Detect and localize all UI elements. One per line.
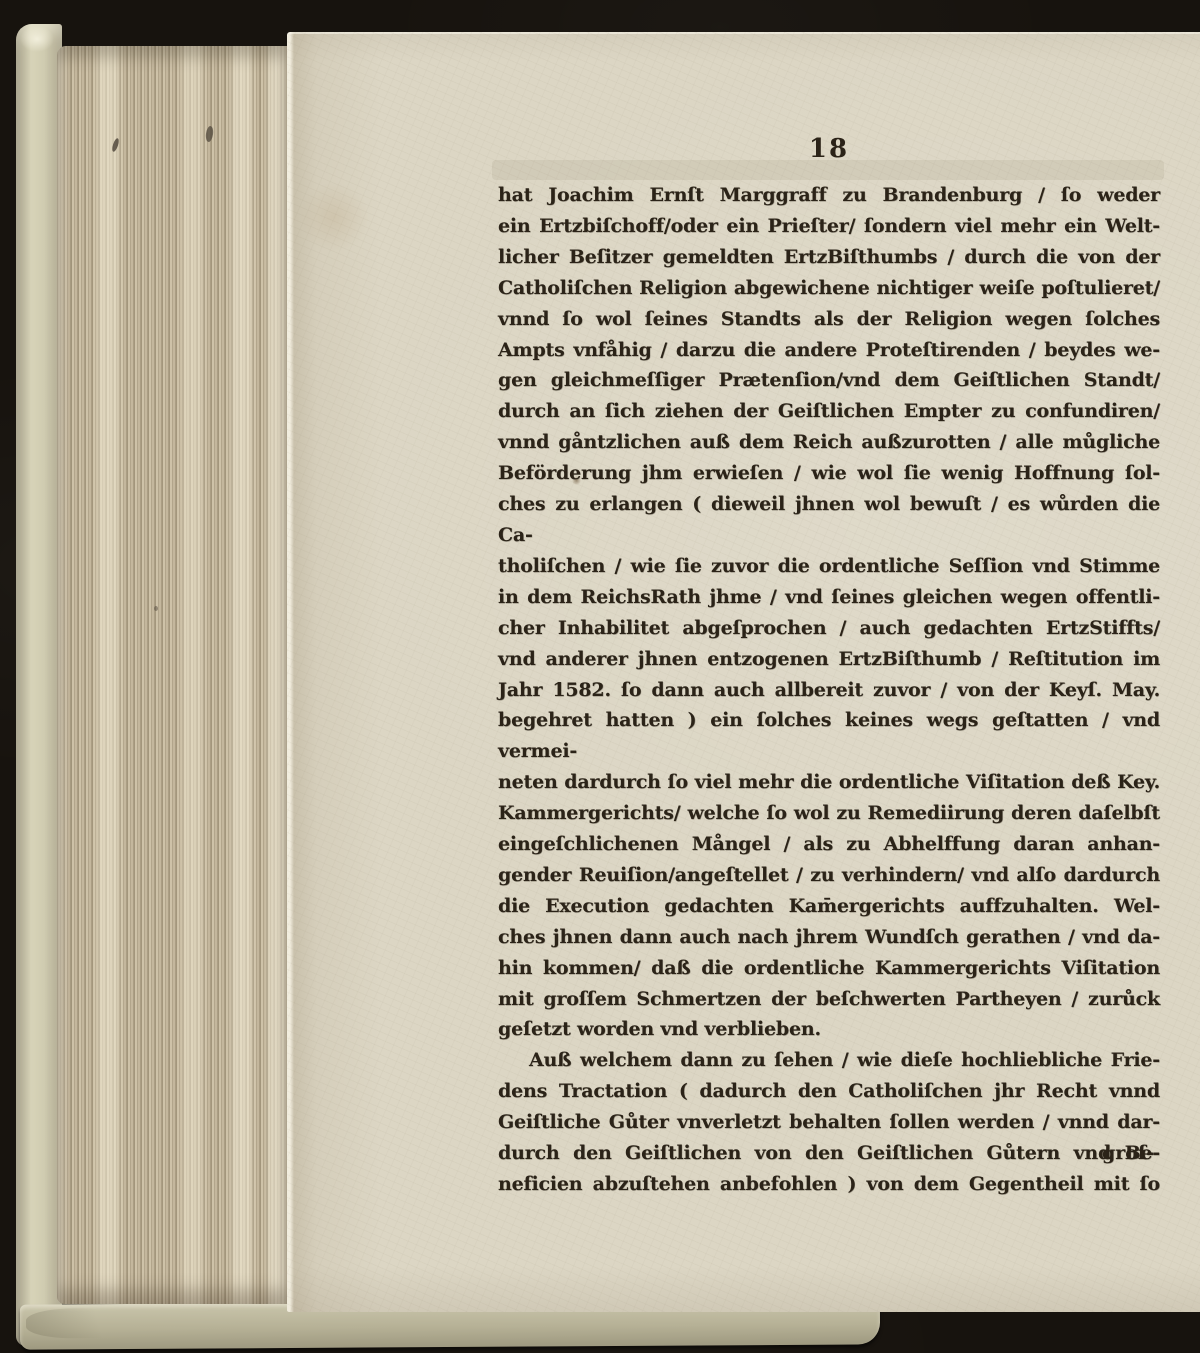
text-line: vnnd gåntzlichen auß dem Reich außzurott… bbox=[498, 427, 1160, 458]
ink-speck bbox=[205, 126, 214, 143]
text-line: dens Tractation ( dadurch den Catholiſch… bbox=[498, 1076, 1160, 1107]
catchword: groſ- bbox=[498, 1138, 1154, 1169]
text-line: Geiſtliche Gůter vnverletzt behalten ſol… bbox=[498, 1107, 1160, 1138]
text-line: ein Ertzbiſchoff/oder ein Prieſter/ ſond… bbox=[498, 211, 1160, 242]
book-page: 18 hat Joachim Ernſt Marggraff zu Brande… bbox=[287, 32, 1200, 1312]
text-line: tholiſchen / wie ſie zuvor die ordentlic… bbox=[498, 551, 1160, 582]
text-line: hat Joachim Ernſt Marggraff zu Brandenbu… bbox=[498, 180, 1160, 211]
text-line: begehret hatten ) ein ſolches keines weg… bbox=[498, 705, 1160, 767]
text-line: Beförderung jhm erwieſen / wie wol ſie w… bbox=[498, 458, 1160, 489]
text-line: gen gleichmeſſiger Prætenſion/vnd dem Ge… bbox=[498, 365, 1160, 396]
text-line: Auß welchem dann zu ſehen / wie dieſe ho… bbox=[498, 1045, 1160, 1076]
text-line: mit groſſem Schmertzen der beſchwerten P… bbox=[498, 984, 1160, 1015]
text-line: Catholiſchen Religion abgewichene nichti… bbox=[498, 273, 1160, 304]
text-line: cher Inhabilitet abgeſprochen / auch ged… bbox=[498, 613, 1160, 644]
text-line: gender Reuiſion/angeſtellet / zu verhind… bbox=[498, 860, 1160, 891]
page-block-fore-edge bbox=[57, 46, 287, 1304]
text-line: neten dardurch ſo viel mehr die ordentli… bbox=[498, 767, 1160, 798]
text-line: ches jhnen dann auch nach jhrem Wundſch … bbox=[498, 922, 1160, 953]
vellum-cover-edge bbox=[16, 24, 62, 1346]
text-line: ches zu erlangen ( dieweil jhnen wol bew… bbox=[498, 489, 1160, 551]
text-line: neficien abzuſtehen anbefohlen ) von dem… bbox=[498, 1169, 1160, 1200]
ink-speck bbox=[111, 138, 120, 153]
paper-stain bbox=[299, 182, 369, 252]
text-line: Jahr 1582. ſo dann auch allbereit zuvor … bbox=[498, 675, 1160, 706]
text-line: in dem ReichsRath jhme / vnd ſeines glei… bbox=[498, 582, 1160, 613]
scanned-book-photograph: { "colors": { "bg": "#17130e", "paper": … bbox=[0, 0, 1200, 1353]
text-block: hat Joachim Ernſt Marggraff zu Brandenbu… bbox=[498, 180, 1160, 1200]
text-line: Kammergerichts/ welche ſo wol zu Remedii… bbox=[498, 798, 1160, 829]
page-number: 18 bbox=[498, 134, 1160, 164]
text-line: die Execution gedachten Kam̄ergerichts a… bbox=[498, 891, 1160, 922]
text-line: hin kommen/ daß die ordentliche Kammerge… bbox=[498, 953, 1160, 984]
text-line: licher Beſitzer gemeldten ErtzBiſthumbs … bbox=[498, 242, 1160, 273]
text-line: vnnd ſo wol ſeines Standts als der Relig… bbox=[498, 304, 1160, 335]
ink-speck bbox=[154, 606, 158, 611]
text-line: geſetzt worden vnd verblieben. bbox=[498, 1014, 1160, 1045]
text-line: durch an ſich ziehen der Geiſtlichen Emp… bbox=[498, 396, 1160, 427]
text-line: Ampts vnfåhig / darzu die andere Proteſt… bbox=[498, 335, 1160, 366]
text-line: vnd anderer jhnen entzogenen ErtzBiſthum… bbox=[498, 644, 1160, 675]
text-line: eingeſchlichenen Mångel / als zu Abhelff… bbox=[498, 829, 1160, 860]
